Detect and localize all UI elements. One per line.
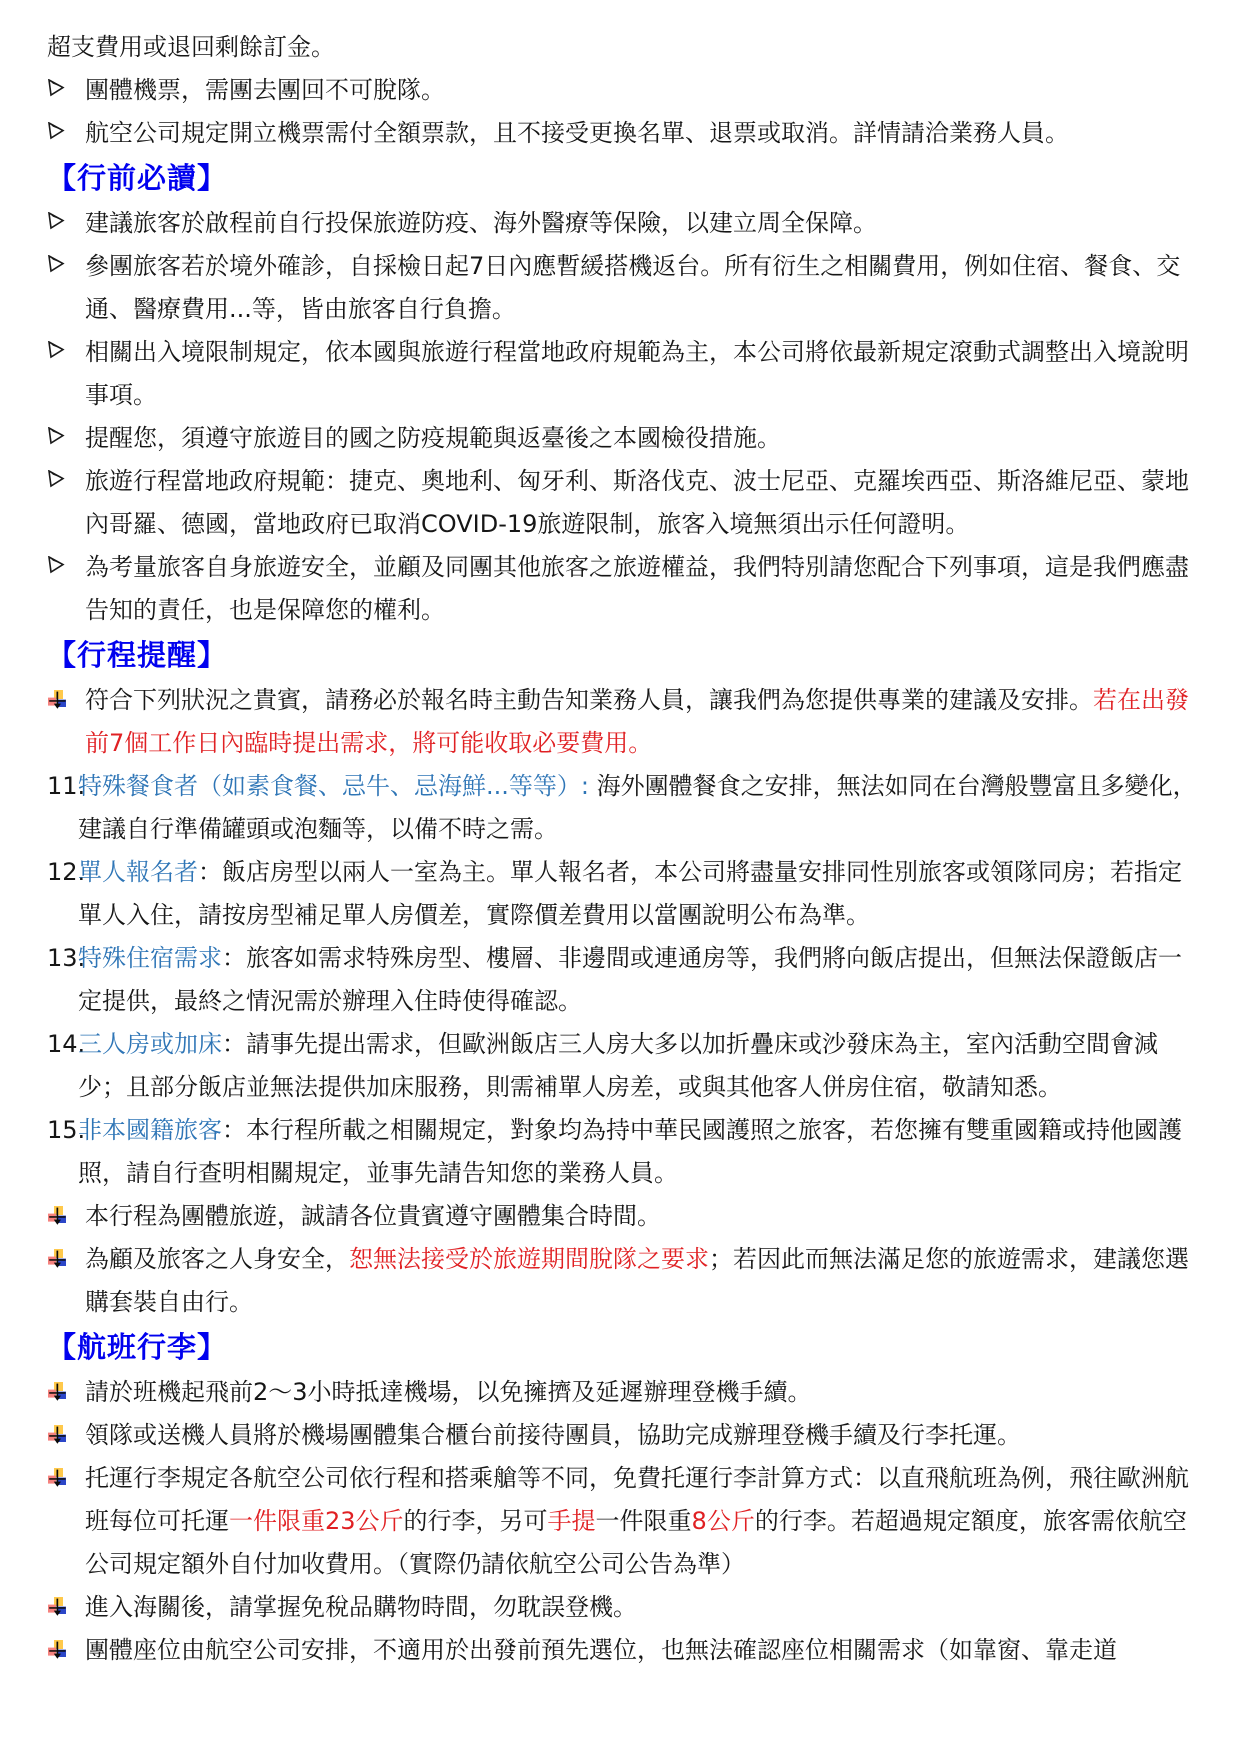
- section-header-pre-departure-notes: 【行前必讀】: [47, 155, 1197, 202]
- bullet-item: 團體機票，需團去團回不可脫隊。: [47, 69, 1197, 112]
- numbered-item: 15. 非本國籍旅客：本行程所載之相關規定，對象均為持中華民國護照之旅客，若您擁…: [47, 1109, 1197, 1195]
- bullet-text-segment: 為顧及旅客之人身安全，: [85, 1245, 349, 1273]
- bullet-text-segment-red: 恕無法接受於旅遊期間脫隊之要求: [349, 1245, 709, 1273]
- arrow-bullet-icon: [47, 460, 85, 488]
- bullet-text: 符合下列狀況之貴賓，請務必於報名時主動告知業務人員，讓我們為您提供專業的建議及安…: [85, 679, 1197, 765]
- bullet-item: 本行程為團體旅遊，誠請各位貴賓遵守團體集合時間。: [47, 1195, 1197, 1238]
- numbered-item: 12. 單人報名者：飯店房型以兩人一室為主。單人報名者，本公司將盡量安排同性別旅…: [47, 851, 1197, 937]
- item-keyword-label: 非本國籍旅客: [78, 1116, 222, 1144]
- arrow-bullet-icon: [47, 245, 85, 273]
- bullet-text: 相關出入境限制規定，依本國與旅遊行程當地政府規範為主，本公司將依最新規定滾動式調…: [85, 331, 1197, 417]
- bullet-text: 航空公司規定開立機票需付全額票款，且不接受更換名單、退票或取消。詳情請洽業務人員…: [85, 112, 1197, 155]
- item-text: 單人報名者：飯店房型以兩人一室為主。單人報名者，本公司將盡量安排同性別旅客或領隊…: [78, 851, 1197, 937]
- arrow-bullet-icon: [47, 112, 85, 140]
- bullet-text: 領隊或送機人員將於機場團體集合櫃台前接待團員，協助完成辦理登機手續及行李托運。: [85, 1414, 1197, 1457]
- item-number: 14.: [47, 1023, 78, 1066]
- bullet-text: 為顧及旅客之人身安全，恕無法接受於旅遊期間脫隊之要求；若因此而無法滿足您的旅遊需…: [85, 1238, 1197, 1324]
- pin-bullet-icon: [47, 1586, 85, 1617]
- bullet-text-segment: 的行李，另可: [404, 1507, 548, 1535]
- bullet-text: 建議旅客於啟程前自行投保旅遊防疫、海外醫療等保險，以建立周全保障。: [85, 202, 1197, 245]
- item-body-text: ：本行程所載之相關規定，對象均為持中華民國護照之旅客，若您擁有雙重國籍或持他國護…: [78, 1116, 1182, 1187]
- bullet-item: 符合下列狀況之貴賓，請務必於報名時主動告知業務人員，讓我們為您提供專業的建議及安…: [47, 679, 1197, 765]
- bullet-item: 請於班機起飛前2～3小時抵達機場，以免擁擠及延遲辦理登機手續。: [47, 1371, 1197, 1414]
- pin-bullet-icon: [47, 1371, 85, 1402]
- bullet-text: 托運行李規定各航空公司依行程和搭乘艙等不同，免費托運行李計算方式：以直飛航班為例…: [85, 1457, 1197, 1586]
- bullet-item: 團體座位由航空公司安排，不適用於出發前預先選位，也無法確認座位相關需求（如靠窗、…: [47, 1629, 1197, 1672]
- arrow-bullet-icon: [47, 331, 85, 359]
- bullet-item: 參團旅客若於境外確診，自採檢日起7日內應暫緩搭機返台。所有衍生之相關費用，例如住…: [47, 245, 1197, 331]
- item-text: 特殊住宿需求：旅客如需求特殊房型、樓層、非邊間或連通房等，我們將向飯店提出，但無…: [78, 937, 1197, 1023]
- arrow-bullet-icon: [47, 417, 85, 445]
- bullet-text-segment-red: 8公斤: [692, 1507, 755, 1535]
- pin-bullet-icon: [47, 1195, 85, 1226]
- item-keyword-label: 單人報名者: [78, 858, 198, 886]
- bullet-text: 團體座位由航空公司安排，不適用於出發前預先選位，也無法確認座位相關需求（如靠窗、…: [85, 1629, 1197, 1672]
- item-keyword-label: 特殊住宿需求: [78, 944, 222, 972]
- pin-bullet-icon: [47, 1238, 85, 1269]
- bullet-item: 航空公司規定開立機票需付全額票款，且不接受更換名單、退票或取消。詳情請洽業務人員…: [47, 112, 1197, 155]
- pin-bullet-icon: [47, 1629, 85, 1660]
- bullet-item: 相關出入境限制規定，依本國與旅遊行程當地政府規範為主，本公司將依最新規定滾動式調…: [47, 331, 1197, 417]
- item-number: 11.: [47, 765, 78, 808]
- bullet-text: 為考量旅客自身旅遊安全，並顧及同團其他旅客之旅遊權益，我們特別請您配合下列事項，…: [85, 546, 1197, 632]
- bullet-text: 參團旅客若於境外確診，自採檢日起7日內應暫緩搭機返台。所有衍生之相關費用，例如住…: [85, 245, 1197, 331]
- item-keyword-label: 三人房或加床: [78, 1030, 222, 1058]
- item-body-text: ：請事先提出需求，但歐洲飯店三人房大多以加折疊床或沙發床為主，室內活動空間會減少…: [78, 1030, 1158, 1101]
- bullet-item: 旅遊行程當地政府規範：捷克、奧地利、匈牙利、斯洛伐克、波士尼亞、克羅埃西亞、斯洛…: [47, 460, 1197, 546]
- numbered-item: 11. 特殊餐食者（如素食餐、忌牛、忌海鮮...等等）: 海外團體餐食之安排，無…: [47, 765, 1197, 851]
- bullet-text: 提醒您，須遵守旅遊目的國之防疫規範與返臺後之本國檢役措施。: [85, 417, 1197, 460]
- bullet-text: 本行程為團體旅遊，誠請各位貴賓遵守團體集合時間。: [85, 1195, 1197, 1238]
- pin-bullet-icon: [47, 679, 85, 710]
- document-page: 超支費用或退回剩餘訂金。 團體機票，需團去團回不可脫隊。 航空公司規定開立機票需…: [0, 0, 1241, 1755]
- item-number: 12.: [47, 851, 78, 894]
- arrow-bullet-icon: [47, 202, 85, 230]
- section-header-itinerary-reminders: 【行程提醒】: [47, 632, 1197, 679]
- item-body-text: ：飯店房型以兩人一室為主。單人報名者，本公司將盡量安排同性別旅客或領隊同房；若指…: [78, 858, 1182, 929]
- bullet-text: 請於班機起飛前2～3小時抵達機場，以免擁擠及延遲辦理登機手續。: [85, 1371, 1197, 1414]
- paragraph-text: 超支費用或退回剩餘訂金。: [47, 26, 1197, 69]
- bullet-item: 為考量旅客自身旅遊安全，並顧及同團其他旅客之旅遊權益，我們特別請您配合下列事項，…: [47, 546, 1197, 632]
- bullet-text: 進入海關後，請掌握免稅品購物時間，勿耽誤登機。: [85, 1586, 1197, 1629]
- bullet-item: 提醒您，須遵守旅遊目的國之防疫規範與返臺後之本國檢役措施。: [47, 417, 1197, 460]
- section-header-flight-baggage: 【航班行李】: [47, 1324, 1197, 1371]
- bullet-item: 進入海關後，請掌握免稅品購物時間，勿耽誤登機。: [47, 1586, 1197, 1629]
- item-keyword-label: 特殊餐食者（如素食餐、忌牛、忌海鮮...等等）:: [78, 772, 597, 800]
- arrow-bullet-icon: [47, 546, 85, 574]
- bullet-text-segment: 符合下列狀況之貴賓，請務必於報名時主動告知業務人員，讓我們為您提供專業的建議及安…: [85, 686, 1093, 714]
- item-body-text: ：旅客如需求特殊房型、樓層、非邊間或連通房等，我們將向飯店提出，但無法保證飯店一…: [78, 944, 1182, 1015]
- item-text: 三人房或加床：請事先提出需求，但歐洲飯店三人房大多以加折疊床或沙發床為主，室內活…: [78, 1023, 1197, 1109]
- bullet-text: 團體機票，需團去團回不可脫隊。: [85, 69, 1197, 112]
- bullet-text-segment-red: 一件限重23公斤: [229, 1507, 404, 1535]
- paragraph: 超支費用或退回剩餘訂金。: [47, 26, 1197, 69]
- bullet-item: 托運行李規定各航空公司依行程和搭乘艙等不同，免費托運行李計算方式：以直飛航班為例…: [47, 1457, 1197, 1586]
- bullet-text: 旅遊行程當地政府規範：捷克、奧地利、匈牙利、斯洛伐克、波士尼亞、克羅埃西亞、斯洛…: [85, 460, 1197, 546]
- item-number: 13.: [47, 937, 78, 980]
- item-text: 非本國籍旅客：本行程所載之相關規定，對象均為持中華民國護照之旅客，若您擁有雙重國…: [78, 1109, 1197, 1195]
- numbered-item: 14. 三人房或加床：請事先提出需求，但歐洲飯店三人房大多以加折疊床或沙發床為主…: [47, 1023, 1197, 1109]
- bullet-text-segment-red: 手提: [548, 1507, 596, 1535]
- item-number: 15.: [47, 1109, 78, 1152]
- bullet-text-segment: 一件限重: [596, 1507, 692, 1535]
- pin-bullet-icon: [47, 1414, 85, 1445]
- bullet-item: 建議旅客於啟程前自行投保旅遊防疫、海外醫療等保險，以建立周全保障。: [47, 202, 1197, 245]
- numbered-item: 13. 特殊住宿需求：旅客如需求特殊房型、樓層、非邊間或連通房等，我們將向飯店提…: [47, 937, 1197, 1023]
- pin-bullet-icon: [47, 1457, 85, 1488]
- bullet-item: 為顧及旅客之人身安全，恕無法接受於旅遊期間脫隊之要求；若因此而無法滿足您的旅遊需…: [47, 1238, 1197, 1324]
- arrow-bullet-icon: [47, 69, 85, 97]
- bullet-item: 領隊或送機人員將於機場團體集合櫃台前接待團員，協助完成辦理登機手續及行李托運。: [47, 1414, 1197, 1457]
- item-text: 特殊餐食者（如素食餐、忌牛、忌海鮮...等等）: 海外團體餐食之安排，無法如同在…: [78, 765, 1197, 851]
